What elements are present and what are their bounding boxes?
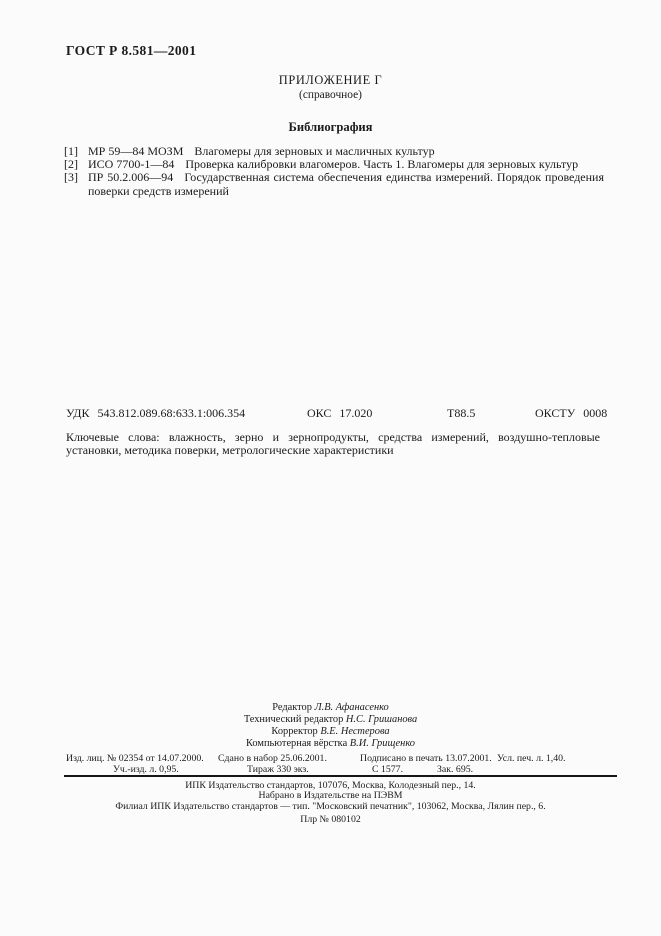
keywords-paragraph: Ключевые слова: влажность, зерно и зерно… (66, 431, 600, 458)
bib-item: [3]ПР 50.2.006—94Государственная система… (64, 171, 604, 197)
imprint-cell: Изд. лиц. № 02354 от 14.07.2000. (66, 753, 204, 764)
credit-role: Компьютерная вёрстка (246, 738, 347, 749)
plr-number: Плр № 080102 (0, 815, 661, 825)
t-code: Т88.5 (447, 406, 475, 421)
credit-line: Компьютерная вёрстка В.И. Грищенко (0, 738, 661, 750)
credit-name: В.Е. Нестерова (320, 726, 389, 737)
bib-item-text: Проверка калибровки влагомеров. Часть 1.… (185, 157, 578, 171)
okstu-code: ОКСТУ0008 (535, 406, 607, 421)
okstu-label: ОКСТУ (535, 406, 575, 420)
udk-code: УДК543.812.089.68:633.1:006.354 (66, 406, 245, 421)
classification-codes-row: УДК543.812.089.68:633.1:006.354 ОКС17.02… (0, 406, 661, 422)
bibliography-list: [1]МР 59—84 МОЗМВлагомеры для зерновых и… (64, 145, 604, 198)
credits-block: Редактор Л.В. Афанасенко Технический ред… (0, 702, 661, 750)
credit-name: Н.С. Гришанова (346, 714, 417, 725)
credit-line: Редактор Л.В. Афанасенко (0, 702, 661, 714)
credit-line: Корректор В.Е. Нестерова (0, 726, 661, 738)
appendix-subtitle: (справочное) (0, 89, 661, 101)
oks-code: ОКС17.020 (307, 406, 372, 421)
credit-line: Технический редактор Н.С. Гришанова (0, 714, 661, 726)
bibliography-heading: Библиография (0, 120, 661, 135)
branch-address: Филиал ИПК Издательство стандартов — тип… (0, 802, 661, 812)
bib-item-number: [3] (64, 171, 78, 184)
okstu-value: 0008 (583, 406, 607, 420)
udk-label: УДК (66, 406, 89, 420)
credit-role: Корректор (271, 726, 317, 737)
publisher-block: ИПК Издательство стандартов, 107076, Мос… (0, 781, 661, 826)
imprint-cell: С 1577. (372, 764, 403, 775)
bib-item-text: Влагомеры для зерновых и масличных культ… (194, 144, 434, 158)
oks-value: 17.020 (339, 406, 372, 420)
imprint-cell: Тираж 330 экз. (247, 764, 309, 775)
appendix-block: ПРИЛОЖЕНИЕ Г (справочное) (0, 73, 661, 101)
bib-item-code: ИСО 7700-1—84 (88, 157, 174, 171)
divider-rule (64, 775, 617, 777)
bib-item-code: МР 59—84 МОЗМ (88, 144, 183, 158)
credit-name: В.И. Грищенко (350, 738, 415, 749)
imprint-cell: Сдано в набор 25.06.2001. (218, 753, 327, 764)
imprint-cell: Усл. печ. л. 1,40. (497, 753, 565, 764)
imprint-cell: Подписано в печать 13.07.2001. (360, 753, 492, 764)
credit-role: Технический редактор (244, 714, 344, 725)
imprint-cell: Уч.-изд. л. 0,95. (113, 764, 179, 775)
credit-role: Редактор (272, 702, 312, 713)
imprint-cell: Зак. 695. (437, 764, 473, 775)
doc-number: ГОСТ Р 8.581—2001 (66, 43, 196, 59)
bib-item-code: ПР 50.2.006—94 (88, 170, 173, 184)
appendix-title: ПРИЛОЖЕНИЕ Г (0, 73, 661, 88)
oks-label: ОКС (307, 406, 331, 420)
udk-value: 543.812.089.68:633.1:006.354 (97, 406, 245, 420)
credit-name: Л.В. Афанасенко (315, 702, 389, 713)
document-page: ГОСТ Р 8.581—2001 ПРИЛОЖЕНИЕ Г (справочн… (0, 0, 661, 936)
